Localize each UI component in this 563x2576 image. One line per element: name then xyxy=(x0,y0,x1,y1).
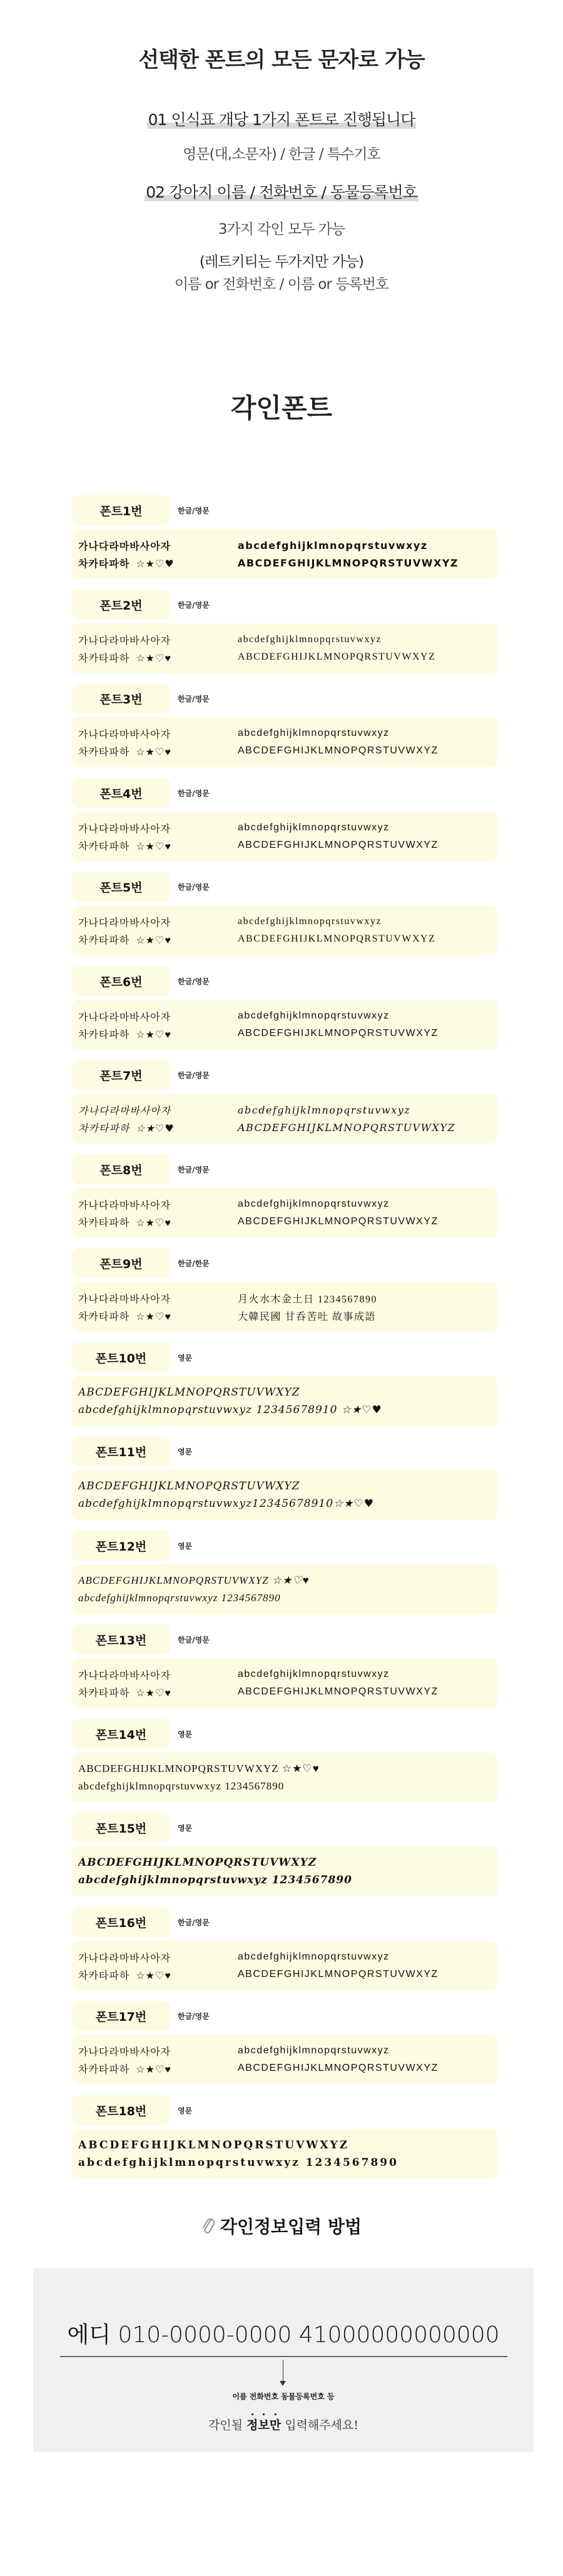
arrow-down-icon xyxy=(283,2360,283,2382)
rule-3: (레트키티는 두가지만 가능) xyxy=(0,250,563,271)
latin-sample-line-2: abcdefghijklmnopqrstuvwxyz 1234567890 xyxy=(78,1592,281,1604)
latin-sample-lower: abcdefghijklmnopqrstuvwxyz xyxy=(238,1010,390,1022)
latin-sample-upper: 大韓民國 甘呑苦吐 故事成語 xyxy=(238,1309,376,1323)
korean-sample: 가나다라마바사아자 xyxy=(78,1103,238,1117)
font-option-9: 폰트9번한글/한문가나다라마바사아자月火水木金土日 1234567890차카타파… xyxy=(72,1248,504,1332)
rule-3-detail: 이름 or 전화번호 / 이름 or 등록번호 xyxy=(0,273,563,293)
font-option-3: 폰트3번한글/영문가나다라마바사아자abcdefghijklmnopqrstuv… xyxy=(72,683,504,767)
font-option-2: 폰트2번한글/영문가나다라마바사아자abcdefghijklmnopqrstuv… xyxy=(72,590,504,673)
font-label: 폰트1번 xyxy=(72,495,170,525)
font-sample-box: 가나다라마바사아자abcdefghijklmnopqrstuvwxyz차카타파하… xyxy=(72,905,497,955)
latin-sample-upper: ABCDEFGHIJKLMNOPQRSTUVWXYZ xyxy=(238,2063,439,2074)
font-sample-box: 가나다라마바사아자abcdefghijklmnopqrstuvwxyz차카타파하… xyxy=(72,812,497,862)
font-label: 폰트7번 xyxy=(72,1060,170,1090)
font-sample-box: 가나다라마바사아자abcdefghijklmnopqrstuvwxyz차카타파하… xyxy=(72,1941,497,1991)
font-label: 폰트13번 xyxy=(72,1624,170,1654)
font-label: 폰트5번 xyxy=(72,872,170,902)
font-header: 폰트4번한글/영문 xyxy=(72,778,504,808)
sample-row-1: ABCDEFGHIJKLMNOPQRSTUVWXYZ ☆★♡♥ xyxy=(78,1760,491,1778)
font-sample-box: ABCDEFGHIJKLMNOPQRSTUVWXYZabcdefghijklmn… xyxy=(72,1846,497,1896)
sample-row-1: 가나다라마바사아자abcdefghijklmnopqrstuvwxyz xyxy=(78,536,491,554)
font-language-tag: 한글/영문 xyxy=(178,788,210,798)
font-language-tag: 영문 xyxy=(178,1541,192,1551)
font-header: 폰트13번한글/영문 xyxy=(72,1624,504,1654)
page-title: 선택한 폰트의 모든 문자로 가능 xyxy=(0,43,563,73)
howto-title-text: 각인정보입력 방법 xyxy=(220,2213,362,2238)
font-option-6: 폰트6번한글/영문가나다라마바사아자abcdefghijklmnopqrstuv… xyxy=(72,966,504,1050)
font-sample-box: ABCDEFGHIJKLMNOPQRSTUVWXYZabcdefghijklmn… xyxy=(72,2129,497,2179)
symbols-sample: ☆★♡♥ xyxy=(136,558,174,570)
font-header: 폰트7번한글/영문 xyxy=(72,1060,504,1090)
font-language-tag: 한글/영문 xyxy=(178,1164,210,1175)
sample-row-1: 가나다라마바사아자abcdefghijklmnopqrstuvwxyz xyxy=(78,1101,491,1119)
font-option-10: 폰트10번영문ABCDEFGHIJKLMNOPQRSTUVWXYZabcdefg… xyxy=(72,1342,504,1426)
font-option-17: 폰트17번한글/영문가나다라마바사아자abcdefghijklmnopqrstu… xyxy=(72,2001,504,2085)
sample-row-2: 차카타파하☆★♡♥ABCDEFGHIJKLMNOPQRSTUVWXYZ xyxy=(78,1966,491,1983)
sample-row-2: 차카타파하☆★♡♥大韓民國 甘呑苦吐 故事成語 xyxy=(78,1307,491,1324)
korean-sample-2: 차카타파하☆★♡♥ xyxy=(78,1215,238,1229)
font-language-tag: 한글/영문 xyxy=(178,882,210,892)
font-label: 폰트18번 xyxy=(72,2095,170,2125)
korean-sample-2: 차카타파하☆★♡♥ xyxy=(78,2061,238,2076)
font-sample-box: ABCDEFGHIJKLMNOPQRSTUVWXYZabcdefghijklmn… xyxy=(72,1376,497,1426)
font-sample-box: 가나다라마바사아자abcdefghijklmnopqrstuvwxyz차카타파하… xyxy=(72,2035,497,2085)
font-language-tag: 한글/영문 xyxy=(178,600,210,610)
latin-sample-lower: abcdefghijklmnopqrstuvwxyz xyxy=(238,916,382,927)
sample-row-2: abcdefghijklmnopqrstuvwxyz 12345678910 ☆… xyxy=(78,1401,491,1419)
latin-sample-lower: abcdefghijklmnopqrstuvwxyz xyxy=(238,1951,390,1963)
sample-row-2: 차카타파하☆★♡♥ABCDEFGHIJKLMNOPQRSTUVWXYZ xyxy=(78,2060,491,2077)
font-language-tag: 영문 xyxy=(178,1729,192,1739)
font-header: 폰트17번한글/영문 xyxy=(72,2001,504,2031)
sample-row-1: 가나다라마바사아자abcdefghijklmnopqrstuvwxyz xyxy=(78,725,491,742)
fonts-section-title: 각인폰트 xyxy=(0,388,563,425)
rule-2: 02 강아지 이름 / 전화번호 / 동물등록번호 xyxy=(0,180,563,203)
font-language-tag: 한글/영문 xyxy=(178,505,210,516)
font-option-15: 폰트15번영문ABCDEFGHIJKLMNOPQRSTUVWXYZabcdefg… xyxy=(72,1813,504,1896)
font-option-4: 폰트4번한글/영문가나다라마바사아자abcdefghijklmnopqrstuv… xyxy=(72,778,504,862)
font-label: 폰트9번 xyxy=(72,1248,170,1278)
sample-row-2: abcdefghijklmnopqrstuvwxyz 1234567890 xyxy=(78,1778,491,1795)
font-header: 폰트2번한글/영문 xyxy=(72,590,504,620)
korean-sample: 가나다라마바사아자 xyxy=(78,1291,238,1306)
font-header: 폰트3번한글/영문 xyxy=(72,683,504,713)
sample-row-1: ABCDEFGHIJKLMNOPQRSTUVWXYZ xyxy=(78,2136,491,2154)
font-label: 폰트16번 xyxy=(72,1907,170,1937)
font-label: 폰트2번 xyxy=(72,590,170,620)
korean-sample: 가나다라마바사아자 xyxy=(78,1009,238,1024)
sample-row-2: 차카타파하☆★♡♥ABCDEFGHIJKLMNOPQRSTUVWXYZ xyxy=(78,1683,491,1701)
latin-sample-lower: abcdefghijklmnopqrstuvwxyz xyxy=(238,1199,390,1210)
font-sample-box: 가나다라마바사아자abcdefghijklmnopqrstuvwxyz차카타파하… xyxy=(72,717,497,767)
sample-row-1: ABCDEFGHIJKLMNOPQRSTUVWXYZ xyxy=(78,1477,491,1495)
font-label: 폰트3번 xyxy=(72,683,170,713)
latin-sample-line-1: ABCDEFGHIJKLMNOPQRSTUVWXYZ ☆★♡♥ xyxy=(78,1763,320,1775)
howto-box: 에디 010-0000-0000 41000000000000 이름 전화번호 … xyxy=(33,2268,534,2452)
font-header: 폰트5번한글/영문 xyxy=(72,872,504,902)
font-option-7: 폰트7번한글/영문가나다라마바사아자abcdefghijklmnopqrstuv… xyxy=(72,1060,504,1144)
font-label: 폰트17번 xyxy=(72,2001,170,2031)
font-option-5: 폰트5번한글/영문가나다라마바사아자abcdefghijklmnopqrstuv… xyxy=(72,872,504,955)
latin-sample-upper: ABCDEFGHIJKLMNOPQRSTUVWXYZ xyxy=(238,1686,439,1698)
latin-sample-upper: ABCDEFGHIJKLMNOPQRSTUVWXYZ xyxy=(238,1028,439,1039)
sample-row-2: abcdefghijklmnopqrstuvwxyz 1234567890 xyxy=(78,2154,491,2171)
sample-row-2: 차카타파하☆★♡♥ABCDEFGHIJKLMNOPQRSTUVWXYZ xyxy=(78,742,491,760)
engraving-example: 에디 010-0000-0000 41000000000000 xyxy=(58,2317,509,2349)
font-header: 폰트15번영문 xyxy=(72,1813,504,1843)
font-header: 폰트11번영문 xyxy=(72,1436,504,1466)
font-sample-box: ABCDEFGHIJKLMNOPQRSTUVWXYZ ☆★♡♥abcdefghi… xyxy=(72,1564,497,1614)
font-sample-box: 가나다라마바사아자abcdefghijklmnopqrstuvwxyz차카타파하… xyxy=(72,1188,497,1238)
symbols-sample: ☆★♡♥ xyxy=(136,1122,174,1134)
symbols-sample: ☆★♡♥ xyxy=(136,653,171,664)
latin-sample-line-1: ABCDEFGHIJKLMNOPQRSTUVWXYZ ☆★♡♥ xyxy=(78,1574,310,1587)
rule-2-detail: 3가지 각인 모두 가능 xyxy=(0,218,563,238)
sample-row-1: 가나다라마바사아자abcdefghijklmnopqrstuvwxyz xyxy=(78,1666,491,1683)
font-language-tag: 한글/영문 xyxy=(178,1070,210,1080)
font-sample-box: 가나다라마바사아자abcdefghijklmnopqrstuvwxyz차카타파하… xyxy=(72,1658,497,1708)
font-language-tag: 영문 xyxy=(178,1823,192,1833)
korean-sample: 가나다라마바사아자 xyxy=(78,821,238,835)
korean-sample-2: 차카타파하☆★♡♥ xyxy=(78,1968,238,1982)
font-sample-box: 가나다라마바사아자abcdefghijklmnopqrstuvwxyz차카타파하… xyxy=(72,1000,497,1050)
korean-sample-2: 차카타파하☆★♡♥ xyxy=(78,1120,238,1135)
latin-sample-lower: abcdefghijklmnopqrstuvwxyz xyxy=(238,634,382,645)
korean-sample: 가나다라마바사아자 xyxy=(78,727,238,741)
korean-sample-2: 차카타파하☆★♡♥ xyxy=(78,1027,238,1041)
symbols-sample: ☆★♡♥ xyxy=(136,842,171,852)
latin-sample-upper: ABCDEFGHIJKLMNOPQRSTUVWXYZ xyxy=(238,652,435,663)
font-sample-box: 가나다라마바사아자abcdefghijklmnopqrstuvwxyz차카타파하… xyxy=(72,1094,497,1144)
sample-row-1: 가나다라마바사아자abcdefghijklmnopqrstuvwxyz xyxy=(78,1007,491,1025)
font-label: 폰트4번 xyxy=(72,778,170,808)
font-language-tag: 한글/한문 xyxy=(178,1258,210,1269)
latin-sample-upper: ABCDEFGHIJKLMNOPQRSTUVWXYZ xyxy=(238,745,439,757)
latin-sample-line-1: ABCDEFGHIJKLMNOPQRSTUVWXYZ xyxy=(78,1856,317,1869)
latin-sample-lower: abcdefghijklmnopqrstuvwxyz xyxy=(238,2045,390,2056)
font-option-16: 폰트16번한글/영문가나다라마바사아자abcdefghijklmnopqrstu… xyxy=(72,1907,504,1991)
korean-sample-2: 차카타파하☆★♡♥ xyxy=(78,744,238,758)
font-language-tag: 영문 xyxy=(178,1352,192,1363)
font-sample-box: 가나다라마바사아자abcdefghijklmnopqrstuvwxyz차카타파하… xyxy=(72,623,497,673)
sample-row-1: 가나다라마바사아자abcdefghijklmnopqrstuvwxyz xyxy=(78,1948,491,1966)
font-header: 폰트18번영문 xyxy=(72,2095,504,2125)
font-option-13: 폰트13번한글/영문가나다라마바사아자abcdefghijklmnopqrstu… xyxy=(72,1624,504,1708)
latin-sample-upper: ABCDEFGHIJKLMNOPQRSTUVWXYZ xyxy=(238,557,459,569)
sample-row-2: 차카타파하☆★♡♥ABCDEFGHIJKLMNOPQRSTUVWXYZ xyxy=(78,554,491,571)
sample-row-1: ABCDEFGHIJKLMNOPQRSTUVWXYZ xyxy=(78,1854,491,1871)
latin-sample-line-2: abcdefghijklmnopqrstuvwxyz 1234567890 xyxy=(78,1780,284,1793)
korean-sample: 가나다라마바사아자 xyxy=(78,633,238,647)
latin-sample-lower: abcdefghijklmnopqrstuvwxyz xyxy=(238,540,428,551)
instruction-emphasis: 정보만 xyxy=(246,2418,281,2432)
symbols-sample: ☆★♡♥ xyxy=(136,1312,171,1322)
sample-row-2: abcdefghijklmnopqrstuvwxyz 1234567890 xyxy=(78,1871,491,1889)
font-header: 폰트12번영문 xyxy=(72,1531,504,1561)
korean-sample: 가나다라마바사아자 xyxy=(78,2044,238,2058)
symbols-sample: ☆★♡♥ xyxy=(136,747,171,758)
sample-row-2: 차카타파하☆★♡♥ABCDEFGHIJKLMNOPQRSTUVWXYZ xyxy=(78,648,491,666)
sample-row-2: 차카타파하☆★♡♥ABCDEFGHIJKLMNOPQRSTUVWXYZ xyxy=(78,930,491,948)
arrow-head-icon xyxy=(280,2381,286,2386)
rule-2-text: 02 강아지 이름 / 전화번호 / 동물등록번호 xyxy=(146,183,417,201)
latin-sample-line-2: abcdefghijklmnopqrstuvwxyz 1234567890 xyxy=(78,1874,352,1886)
font-label: 폰트10번 xyxy=(72,1342,170,1372)
font-option-11: 폰트11번영문ABCDEFGHIJKLMNOPQRSTUVWXYZabcdefg… xyxy=(72,1436,504,1520)
font-language-tag: 한글/영문 xyxy=(178,1634,210,1645)
korean-sample-2: 차카타파하☆★♡♥ xyxy=(78,650,238,665)
font-option-12: 폰트12번영문ABCDEFGHIJKLMNOPQRSTUVWXYZ ☆★♡♥ab… xyxy=(72,1531,504,1614)
font-label: 폰트12번 xyxy=(72,1531,170,1561)
symbols-sample: ☆★♡♥ xyxy=(136,935,171,946)
instruction-text: 각인될 정보만 입력해주세요! xyxy=(33,2416,534,2433)
korean-sample-2: 차카타파하☆★♡♥ xyxy=(78,556,238,570)
korean-sample-2: 차카타파하☆★♡♥ xyxy=(78,838,238,853)
sample-row-1: 가나다라마바사아자abcdefghijklmnopqrstuvwxyz xyxy=(78,631,491,648)
sample-row-2: 차카타파하☆★♡♥ABCDEFGHIJKLMNOPQRSTUVWXYZ xyxy=(78,837,491,854)
font-sample-box: ABCDEFGHIJKLMNOPQRSTUVWXYZabcdefghijklmn… xyxy=(72,1470,497,1520)
font-sample-box: 가나다라마바사아자月火水木金土日 1234567890차카타파하☆★♡♥大韓民國… xyxy=(72,1282,497,1332)
latin-sample-line-1: ABCDEFGHIJKLMNOPQRSTUVWXYZ xyxy=(78,2139,349,2151)
korean-sample: 가나다라마바사아자 xyxy=(78,538,238,553)
sample-row-1: 가나다라마바사아자abcdefghijklmnopqrstuvwxyz xyxy=(78,819,491,837)
rule-1-highlight: 01 인식표 개당 1가지 폰트로 진행됩니다 xyxy=(147,108,417,130)
sample-row-1: 가나다라마바사아자abcdefghijklmnopqrstuvwxyz xyxy=(78,913,491,930)
font-label: 폰트11번 xyxy=(72,1436,170,1466)
sample-row-1: 가나다라마바사아자月火水木金土日 1234567890 xyxy=(78,1289,491,1307)
rule-2-highlight: 02 강아지 이름 / 전화번호 / 동물등록번호 xyxy=(145,180,418,203)
font-language-tag: 한글/영문 xyxy=(178,1917,210,1928)
latin-sample-line-2: abcdefghijklmnopqrstuvwxyz 1234567890 xyxy=(78,2156,398,2169)
sample-row-1: 가나다라마바사아자abcdefghijklmnopqrstuvwxyz xyxy=(78,1195,491,1213)
font-option-14: 폰트14번영문ABCDEFGHIJKLMNOPQRSTUVWXYZ ☆★♡♥ab… xyxy=(72,1719,504,1803)
font-label: 폰트6번 xyxy=(72,966,170,996)
latin-sample-upper: ABCDEFGHIJKLMNOPQRSTUVWXYZ xyxy=(238,840,439,851)
latin-sample-upper: ABCDEFGHIJKLMNOPQRSTUVWXYZ xyxy=(238,1216,439,1227)
latin-sample-line-1: ABCDEFGHIJKLMNOPQRSTUVWXYZ xyxy=(78,1386,300,1399)
symbols-sample: ☆★♡♥ xyxy=(136,2065,171,2075)
sample-row-1: 가나다라마바사아자abcdefghijklmnopqrstuvwxyz xyxy=(78,2042,491,2060)
latin-sample-lower: abcdefghijklmnopqrstuvwxyz xyxy=(238,1104,410,1116)
font-language-tag: 영문 xyxy=(178,2105,192,2116)
sample-row-2: 차카타파하☆★♡♥ABCDEFGHIJKLMNOPQRSTUVWXYZ xyxy=(78,1213,491,1230)
font-sample-box: 가나다라마바사아자abcdefghijklmnopqrstuvwxyz차카타파하… xyxy=(72,529,497,579)
latin-sample-lower: abcdefghijklmnopqrstuvwxyz xyxy=(238,728,390,739)
font-language-tag: 영문 xyxy=(178,1446,192,1457)
latin-sample-lower: 月火水木金土日 1234567890 xyxy=(238,1291,377,1306)
font-header: 폰트6번한글/영문 xyxy=(72,966,504,996)
example-underline xyxy=(60,2356,507,2357)
howto-title: 각인정보입력 방법 xyxy=(0,2213,563,2238)
font-label: 폰트8번 xyxy=(72,1154,170,1184)
sample-row-1: ABCDEFGHIJKLMNOPQRSTUVWXYZ xyxy=(78,1384,491,1401)
korean-sample: 가나다라마바사아자 xyxy=(78,1950,238,1965)
paperclip-icon xyxy=(201,2215,215,2236)
latin-sample-lower: abcdefghijklmnopqrstuvwxyz xyxy=(238,822,390,833)
latin-sample-line-2: abcdefghijklmnopqrstuvwxyz12345678910☆★♡… xyxy=(78,1497,374,1510)
sample-row-2: 차카타파하☆★♡♥ABCDEFGHIJKLMNOPQRSTUVWXYZ xyxy=(78,1119,491,1136)
font-option-18: 폰트18번영문ABCDEFGHIJKLMNOPQRSTUVWXYZabcdefg… xyxy=(72,2095,504,2179)
example-caption: 이름 전화번호 동물등록번호 등 xyxy=(33,2391,534,2402)
font-language-tag: 한글/영문 xyxy=(178,976,210,987)
korean-sample: 가나다라마바사아자 xyxy=(78,1668,238,1682)
symbols-sample: ☆★♡♥ xyxy=(136,1218,171,1229)
latin-sample-line-1: ABCDEFGHIJKLMNOPQRSTUVWXYZ xyxy=(78,1480,300,1492)
symbols-sample: ☆★♡♥ xyxy=(136,1688,171,1699)
font-label: 폰트14번 xyxy=(72,1719,170,1749)
font-label: 폰트15번 xyxy=(72,1813,170,1843)
font-header: 폰트1번한글/영문 xyxy=(72,495,504,525)
symbols-sample: ☆★♡♥ xyxy=(136,1030,171,1040)
latin-sample-upper: ABCDEFGHIJKLMNOPQRSTUVWXYZ xyxy=(238,1969,439,1980)
symbols-sample: ☆★♡♥ xyxy=(136,1971,171,1981)
latin-sample-lower: abcdefghijklmnopqrstuvwxyz xyxy=(238,1669,390,1680)
font-language-tag: 한글/영문 xyxy=(178,2011,210,2021)
korean-sample: 가나다라마바사아자 xyxy=(78,1197,238,1212)
rule-1: 01 인식표 개당 1가지 폰트로 진행됩니다 xyxy=(0,108,563,130)
font-header: 폰트8번한글/영문 xyxy=(72,1154,504,1184)
latin-sample-line-2: abcdefghijklmnopqrstuvwxyz 12345678910 ☆… xyxy=(78,1404,382,1416)
rule-1-detail: 영문(대,소문자) / 한글 / 특수기호 xyxy=(0,143,563,163)
font-header: 폰트16번한글/영문 xyxy=(72,1907,504,1937)
korean-sample-2: 차카타파하☆★♡♥ xyxy=(78,1685,238,1699)
sample-row-2: abcdefghijklmnopqrstuvwxyz 1234567890 xyxy=(78,1589,491,1607)
font-option-8: 폰트8번한글/영문가나다라마바사아자abcdefghijklmnopqrstuv… xyxy=(72,1154,504,1238)
latin-sample-upper: ABCDEFGHIJKLMNOPQRSTUVWXYZ xyxy=(238,933,435,945)
sample-row-1: ABCDEFGHIJKLMNOPQRSTUVWXYZ ☆★♡♥ xyxy=(78,1572,491,1589)
korean-sample-2: 차카타파하☆★♡♥ xyxy=(78,1309,238,1323)
font-language-tag: 한글/영문 xyxy=(178,693,210,704)
font-header: 폰트14번영문 xyxy=(72,1719,504,1749)
latin-sample-upper: ABCDEFGHIJKLMNOPQRSTUVWXYZ xyxy=(238,1122,455,1134)
rule-1-text: 01 인식표 개당 1가지 폰트로 진행됩니다 xyxy=(148,111,415,129)
font-header: 폰트10번영문 xyxy=(72,1342,504,1372)
korean-sample-2: 차카타파하☆★♡♥ xyxy=(78,932,238,947)
sample-row-2: 차카타파하☆★♡♥ABCDEFGHIJKLMNOPQRSTUVWXYZ xyxy=(78,1025,491,1042)
font-option-1: 폰트1번한글/영문가나다라마바사아자abcdefghijklmnopqrstuv… xyxy=(72,495,504,579)
sample-row-2: abcdefghijklmnopqrstuvwxyz12345678910☆★♡… xyxy=(78,1495,491,1512)
font-header: 폰트9번한글/한문 xyxy=(72,1248,504,1278)
font-sample-box: ABCDEFGHIJKLMNOPQRSTUVWXYZ ☆★♡♥abcdefghi… xyxy=(72,1753,497,1803)
korean-sample: 가나다라마바사아자 xyxy=(78,915,238,929)
